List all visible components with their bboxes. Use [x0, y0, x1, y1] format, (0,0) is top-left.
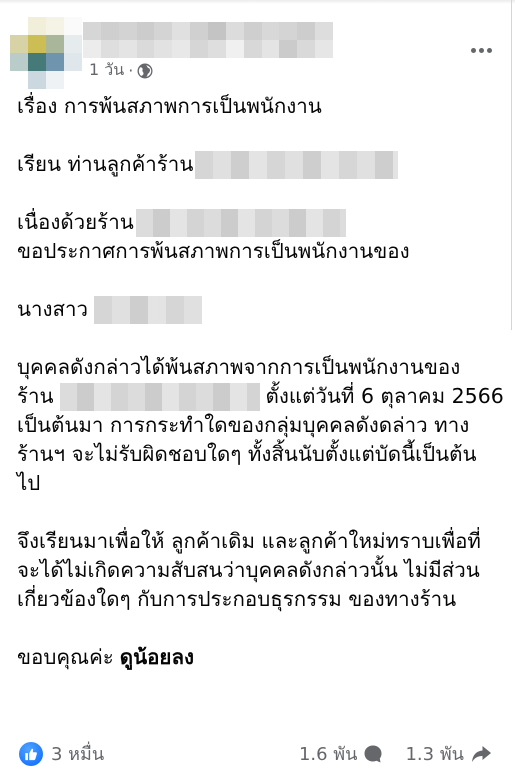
- para3-line-3: เกี่ยวข้องใดๆ กับการประกอบธุรกรรม ของทาง…: [17, 585, 507, 614]
- globe-icon[interactable]: [137, 63, 153, 79]
- para2-line-1: บุคคลดังกล่าวได้พ้นสภาพจากการเป็นพนักงาน…: [17, 353, 507, 382]
- para2-date: ตั้งแต่วันที่ 6 ตุลาคม 2566: [266, 382, 504, 411]
- shop-name-redacted: [60, 383, 260, 411]
- like-count[interactable]: 3 หมื่น: [51, 739, 104, 768]
- author-name-redacted[interactable]: [83, 22, 333, 58]
- like-icon: [19, 742, 43, 766]
- para3-line-2: จะได้ไม่เกิดความสับสนว่าบุคคลดังกล่าวนั้…: [17, 556, 507, 585]
- more-options-icon: [471, 48, 476, 53]
- para3-line-1: จึงเรียนมาเพื่อให้ ลูกค้าเดิม และลูกค้าใ…: [17, 527, 507, 556]
- para2-line-4: ร้านฯ จะไม่รับผิดชอบใดๆ ทั้งสิ้นนับตั้งแ…: [17, 440, 507, 469]
- intro-line-1: เนื่องด้วยร้าน: [17, 208, 507, 237]
- share-count[interactable]: 1.3 พัน: [405, 739, 464, 768]
- avatar[interactable]: [10, 17, 64, 87]
- see-less-link[interactable]: ดูน้อยลง: [120, 643, 194, 672]
- facebook-post: 1 วัน · เรื่อง การพ้นสภาพการเป็นพนักงาน …: [0, 0, 512, 782]
- subject-line: เรื่อง การพ้นสภาพการเป็นพนักงาน: [17, 92, 507, 121]
- reactions-bar: 3 หมื่น 1.6 พัน 1.3 พัน: [0, 735, 512, 771]
- engagement-counts: 1.6 พัน 1.3 พัน: [299, 739, 492, 768]
- para2-shop-prefix: ร้าน: [17, 382, 54, 411]
- comments-count-button[interactable]: 1.6 พัน: [299, 739, 384, 768]
- timestamp-link[interactable]: 1 วัน: [89, 58, 124, 83]
- shop-name-redacted: [195, 151, 398, 179]
- comment-icon: [363, 744, 383, 764]
- para2-line-3: เป็นต้นมา การกระทำใดของกลุ่มบุคคลดังดล่า…: [17, 411, 507, 440]
- intro-line-2: ขอประกาศการพ้นสภาพการเป็นพนักงานของ: [17, 237, 507, 266]
- employee-name-redacted: [94, 296, 202, 324]
- more-dot: [487, 48, 492, 53]
- para2-line-5: ไป: [17, 469, 507, 498]
- more-options-button[interactable]: [466, 40, 496, 60]
- meta-separator: ·: [128, 61, 133, 80]
- post-meta: 1 วัน ·: [89, 58, 153, 83]
- like-summary[interactable]: 3 หมื่น: [19, 739, 104, 768]
- comment-count[interactable]: 1.6 พัน: [299, 739, 358, 768]
- name-prefix: นางสาว: [17, 295, 88, 324]
- share-icon: [470, 744, 492, 764]
- shop-name-redacted: [136, 209, 346, 237]
- shares-count-button[interactable]: 1.3 พัน: [405, 739, 492, 768]
- post-body: เรื่อง การพ้นสภาพการเป็นพนักงาน เรียน ท่…: [17, 92, 507, 672]
- more-dot: [479, 48, 484, 53]
- employee-name-line: นางสาว: [17, 295, 507, 324]
- closing-line: ขอบคุณค่ะ ดูน้อยลง: [17, 643, 507, 672]
- intro-text: เนื่องด้วยร้าน: [17, 208, 134, 237]
- closing-text: ขอบคุณค่ะ: [17, 643, 114, 672]
- para2-line-2: ร้าน ตั้งแต่วันที่ 6 ตุลาคม 2566: [17, 382, 507, 411]
- salutation-line: เรียน ท่านลูกค้าร้าน: [17, 150, 507, 179]
- salutation-text: เรียน ท่านลูกค้าร้าน: [17, 150, 193, 179]
